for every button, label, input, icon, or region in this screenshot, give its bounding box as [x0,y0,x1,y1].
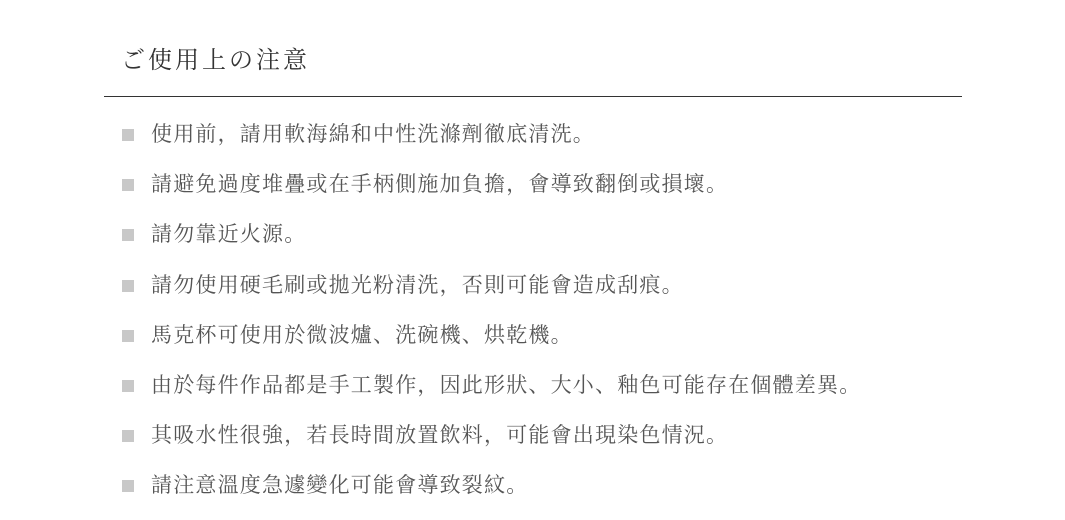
list-item-text: 使用前，請用軟海綿和中性洗滌劑徹底清洗。 [151,121,595,147]
list-item: 由於每件作品都是手工製作，因此形狀、大小、釉色可能存在個體差異。 [104,360,1004,410]
list-item: 請勿靠近火源。 [104,209,1004,259]
list-item: 使用前，請用軟海綿和中性洗滌劑徹底清洗。 [104,109,1004,159]
square-bullet-icon [122,330,134,342]
list-item: 請避免過度堆疊或在手柄側施加負擔，會導致翻倒或損壞。 [104,159,1004,209]
list-item-text: 請勿使用硬毛刷或拋光粉清洗，否則可能會造成刮痕。 [151,272,684,298]
list-item: 請勿使用硬毛刷或拋光粉清洗，否則可能會造成刮痕。 [104,260,1004,310]
list-item-text: 請避免過度堆疊或在手柄側施加負擔，會導致翻倒或損壞。 [151,171,728,197]
title-divider [104,96,962,97]
square-bullet-icon [122,430,134,442]
square-bullet-icon [122,179,134,191]
list-item-text: 請勿靠近火源。 [151,221,306,247]
square-bullet-icon [122,480,134,492]
list-item: 馬克杯可使用於微波爐、洗碗機、烘乾機。 [104,310,1004,360]
square-bullet-icon [122,380,134,392]
list-item-text: 馬克杯可使用於微波爐、洗碗機、烘乾機。 [151,322,573,348]
square-bullet-icon [122,280,134,292]
list-item: 請注意溫度急遽變化可能會導致裂紋。 [104,460,1004,510]
list-item: 其吸水性很強，若長時間放置飲料，可能會出現染色情況。 [104,410,1004,460]
list-item-text: 由於每件作品都是手工製作，因此形狀、大小、釉色可能存在個體差異。 [151,372,861,398]
list-item-text: 請注意溫度急遽變化可能會導致裂紋。 [151,472,528,498]
notice-list: 使用前，請用軟海綿和中性洗滌劑徹底清洗。 請避免過度堆疊或在手柄側施加負擔，會導… [104,109,1004,511]
square-bullet-icon [122,129,134,141]
section-title: ご使用上の注意 [121,44,310,76]
square-bullet-icon [122,229,134,241]
list-item-text: 其吸水性很強，若長時間放置飲料，可能會出現染色情況。 [151,422,728,448]
